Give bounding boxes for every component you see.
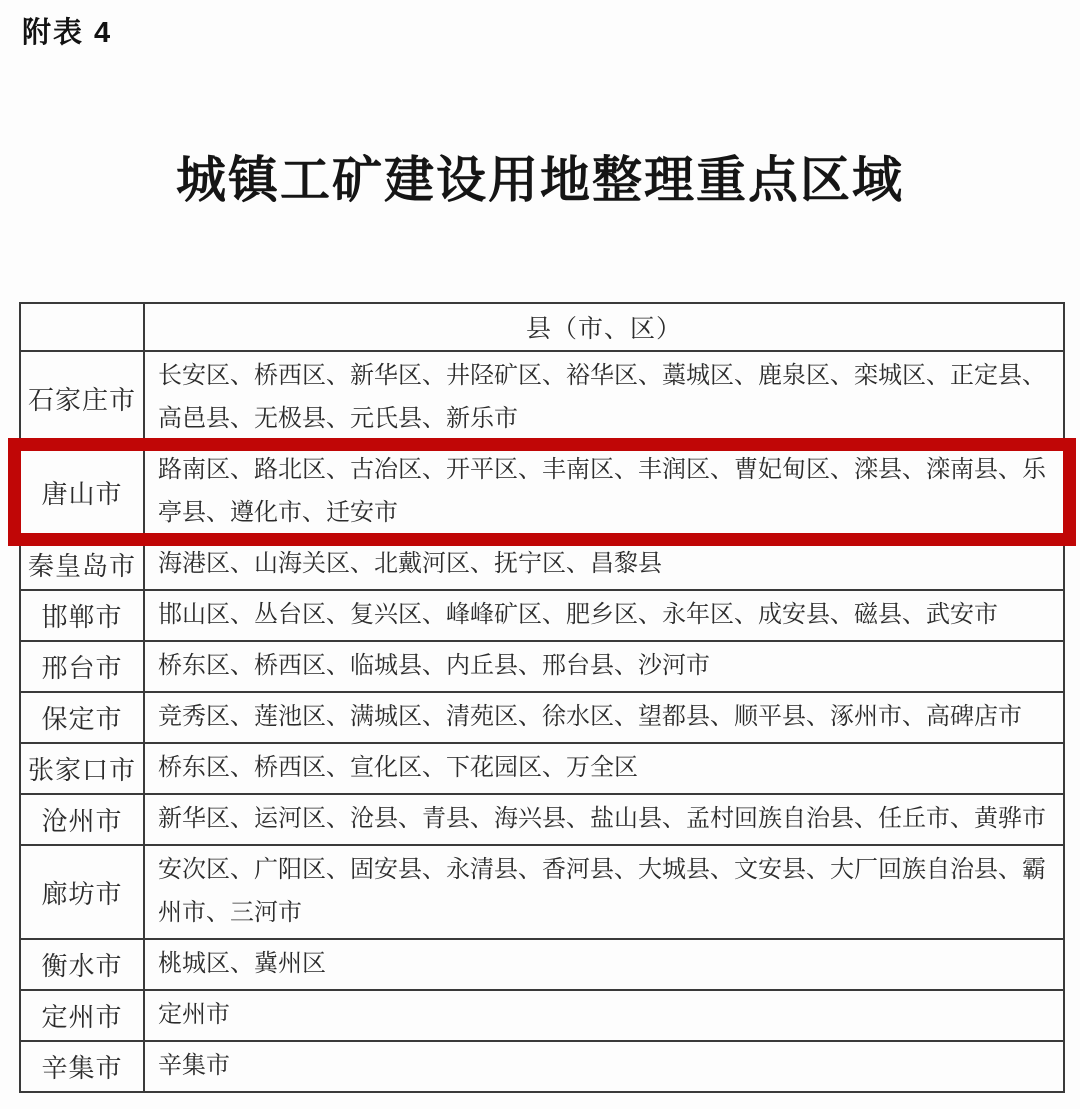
- city-cell: 张家口市: [20, 743, 144, 794]
- city-cell: 石家庄市: [20, 351, 144, 445]
- table-row: 秦皇岛市海港区、山海关区、北戴河区、抚宁区、昌黎县: [20, 539, 1064, 590]
- counties-cell: 长安区、桥西区、新华区、井陉矿区、裕华区、藁城区、鹿泉区、栾城区、正定县、高邑县…: [144, 351, 1064, 445]
- table-row: 廊坊市安次区、广阳区、固安县、永清县、香河县、大城县、文安县、大厂回族自治县、霸…: [20, 845, 1064, 939]
- table-row: 辛集市辛集市: [20, 1041, 1064, 1092]
- table-row: 保定市竞秀区、莲池区、满城区、清苑区、徐水区、望都县、顺平县、涿州市、高碑店市: [20, 692, 1064, 743]
- city-cell: 定州市: [20, 990, 144, 1041]
- counties-cell: 邯山区、丛台区、复兴区、峰峰矿区、肥乡区、永年区、成安县、磁县、武安市: [144, 590, 1064, 641]
- city-column-header: [20, 303, 144, 351]
- counties-cell: 桥东区、桥西区、临城县、内丘县、邢台县、沙河市: [144, 641, 1064, 692]
- document-page: 附表 4 城镇工矿建设用地整理重点区域 县（市、区） 石家庄市长安区、桥西区、新…: [0, 0, 1080, 1109]
- table-row: 邢台市桥东区、桥西区、临城县、内丘县、邢台县、沙河市: [20, 641, 1064, 692]
- table-row: 张家口市桥东区、桥西区、宣化区、下花园区、万全区: [20, 743, 1064, 794]
- appendix-label: 附表 4: [22, 10, 112, 51]
- city-cell: 邢台市: [20, 641, 144, 692]
- table-row: 定州市定州市: [20, 990, 1064, 1041]
- city-cell: 辛集市: [20, 1041, 144, 1092]
- counties-cell: 定州市: [144, 990, 1064, 1041]
- table-row: 石家庄市长安区、桥西区、新华区、井陉矿区、裕华区、藁城区、鹿泉区、栾城区、正定县…: [20, 351, 1064, 445]
- city-cell: 廊坊市: [20, 845, 144, 939]
- city-cell: 沧州市: [20, 794, 144, 845]
- table-row: 衡水市桃城区、冀州区: [20, 939, 1064, 990]
- page-title: 城镇工矿建设用地整理重点区域: [0, 140, 1080, 212]
- counties-cell: 新华区、运河区、沧县、青县、海兴县、盐山县、孟村回族自治县、任丘市、黄骅市: [144, 794, 1064, 845]
- counties-cell: 辛集市: [144, 1041, 1064, 1092]
- counties-cell: 桥东区、桥西区、宣化区、下花园区、万全区: [144, 743, 1064, 794]
- table-body: 石家庄市长安区、桥西区、新华区、井陉矿区、裕华区、藁城区、鹿泉区、栾城区、正定县…: [20, 351, 1064, 1092]
- counties-cell: 安次区、广阳区、固安县、永清县、香河县、大城县、文安县、大厂回族自治县、霸州市、…: [144, 845, 1064, 939]
- table-header-row: 县（市、区）: [20, 303, 1064, 351]
- city-cell: 唐山市: [20, 445, 144, 539]
- table-row: 沧州市新华区、运河区、沧县、青县、海兴县、盐山县、孟村回族自治县、任丘市、黄骅市: [20, 794, 1064, 845]
- table-row: 邯郸市邯山区、丛台区、复兴区、峰峰矿区、肥乡区、永年区、成安县、磁县、武安市: [20, 590, 1064, 641]
- regions-table: 县（市、区） 石家庄市长安区、桥西区、新华区、井陉矿区、裕华区、藁城区、鹿泉区、…: [19, 302, 1065, 1093]
- city-cell: 衡水市: [20, 939, 144, 990]
- counties-cell: 海港区、山海关区、北戴河区、抚宁区、昌黎县: [144, 539, 1064, 590]
- city-cell: 秦皇岛市: [20, 539, 144, 590]
- city-cell: 邯郸市: [20, 590, 144, 641]
- table-row: 唐山市路南区、路北区、古冶区、开平区、丰南区、丰润区、曹妃甸区、滦县、滦南县、乐…: [20, 445, 1064, 539]
- counties-cell: 竞秀区、莲池区、满城区、清苑区、徐水区、望都县、顺平县、涿州市、高碑店市: [144, 692, 1064, 743]
- counties-cell: 路南区、路北区、古冶区、开平区、丰南区、丰润区、曹妃甸区、滦县、滦南县、乐亭县、…: [144, 445, 1064, 539]
- counties-cell: 桃城区、冀州区: [144, 939, 1064, 990]
- county-column-header: 县（市、区）: [144, 303, 1064, 351]
- city-cell: 保定市: [20, 692, 144, 743]
